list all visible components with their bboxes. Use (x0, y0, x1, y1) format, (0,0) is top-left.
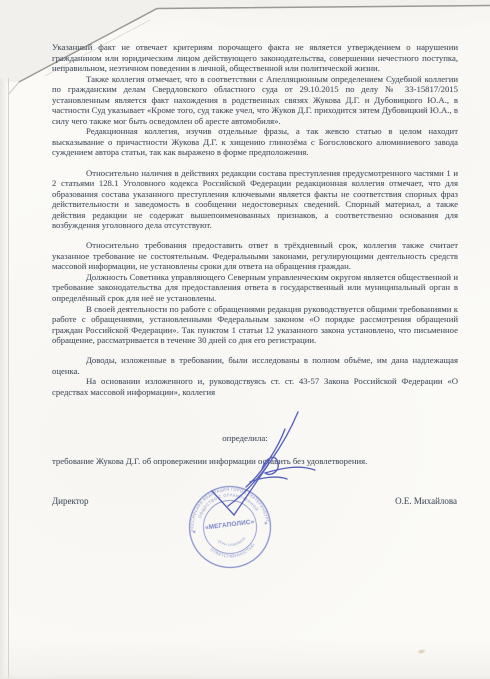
paper-edge-left (0, 78, 9, 679)
paragraph: Также коллегия отмечает, что в соответст… (52, 74, 458, 127)
paragraph: В своей деятельности по работе с обращен… (52, 304, 458, 346)
scanned-document-page: Указанный факт не отвечает критериям пор… (0, 0, 490, 679)
document-body: Указанный факт не отвечает критериям пор… (52, 42, 458, 397)
paragraph: Доводы, изложенные в требовании, были ис… (52, 355, 458, 376)
signoff-name: О.Е. Михайлова (395, 496, 457, 506)
paragraph: Относительно требования предоставить отв… (52, 240, 458, 272)
ink-smudge (417, 648, 427, 655)
paragraph: Должность Советника управляющего Северны… (52, 272, 458, 304)
stamp-star-left: ✱ (192, 529, 197, 534)
signoff-role-label: Директор (52, 496, 89, 506)
paragraph: На основании изложенного и, руководствуя… (52, 376, 458, 397)
paper-edge-bottom (0, 675, 490, 679)
svg-text:ОГРН 1156658025: ОГРН 1156658025 (216, 536, 247, 549)
paragraph: Относительно наличия в действиях редакци… (52, 168, 458, 231)
paragraph: Редакционная коллегия, изучив отдельные … (52, 126, 458, 158)
paragraph: Указанный факт не отвечает критериям пор… (52, 42, 458, 74)
director-signature (190, 403, 355, 528)
stamp-ogrn-text: ОГРН 1156658025 (216, 536, 247, 549)
